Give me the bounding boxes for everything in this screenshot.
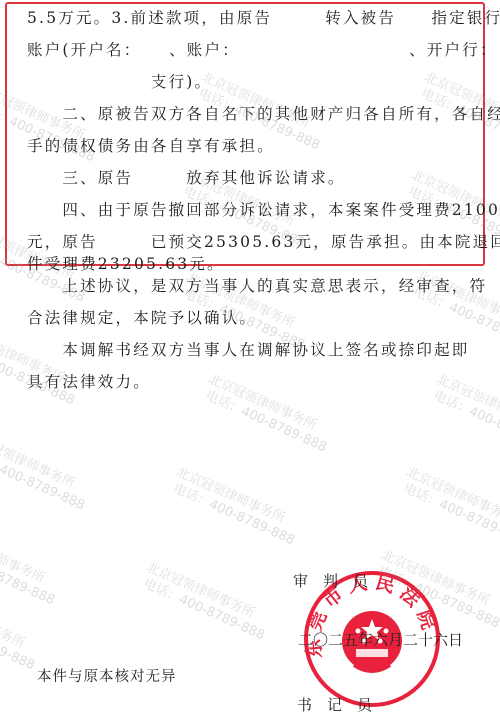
- text-line: 三、原告 放弃其他诉讼请求。: [27, 168, 346, 188]
- text-line: 本调解书经双方当事人在调解协议上签名或捺印起即: [27, 340, 470, 360]
- text-line: 四、由于原告撤回部分诉讼请求，本案案件受理费2100: [27, 200, 500, 220]
- certification-note: 本件与原本核对无异: [37, 665, 177, 686]
- text-line: 手的债权债务由各自享有承担。: [27, 136, 275, 156]
- clerk-label: 书 记 员: [297, 694, 372, 715]
- watermark: 北京冠领律师事务所电话：400-8789-888: [137, 560, 273, 644]
- watermark: 北京冠领律师事务所电话：400-8789-888: [167, 465, 303, 549]
- text-line: 5.5万元。3.前述款项，由原告 转入被告 指定银行: [27, 8, 500, 28]
- watermark: 北京冠领律师事务所电话：400-8789-888: [0, 325, 83, 409]
- text-line: 元，原告 已预交25305.63元，原告承担。由本院退回案: [27, 232, 500, 252]
- watermark: 北京冠领律师事务所电话：400-8789-888: [0, 525, 63, 609]
- judge-label: 审 判 员: [293, 570, 368, 591]
- judgment-date: 二〇二五年六月二十六日: [298, 629, 463, 650]
- text-line: 支行)。: [27, 72, 212, 92]
- watermark: 北京冠领律师事务所电话：400-8789-888: [0, 590, 43, 674]
- watermark: 北京冠领律师事务所电话：400-8789-888: [199, 372, 335, 456]
- text-line: 上述协议，是双方当事人的真实意思表示，经审查，符: [27, 276, 487, 296]
- text-line: 账户(开户名： 、账户： 、开户行：: [27, 40, 498, 60]
- watermark: 北京冠领律师事务所电话：400-8789-888: [427, 372, 500, 456]
- text-line: 二、原被告双方各自名下的其他财产归各自所有，各自经: [27, 104, 500, 124]
- watermark: 北京冠领律师事务所电话：400-8789-888: [0, 430, 93, 514]
- document-page: 5.5万元。3.前述款项，由原告 转入被告 指定银行 账户(开户名： 、账户： …: [0, 0, 500, 720]
- text-line: 具有法律效力。: [27, 372, 151, 392]
- watermark: 北京冠领律师事务所电话：400-8789-888: [397, 465, 500, 549]
- text-line: 件受理费23205.63元。: [27, 254, 225, 274]
- text-line: 合法律规定，本院予以确认。: [27, 308, 257, 328]
